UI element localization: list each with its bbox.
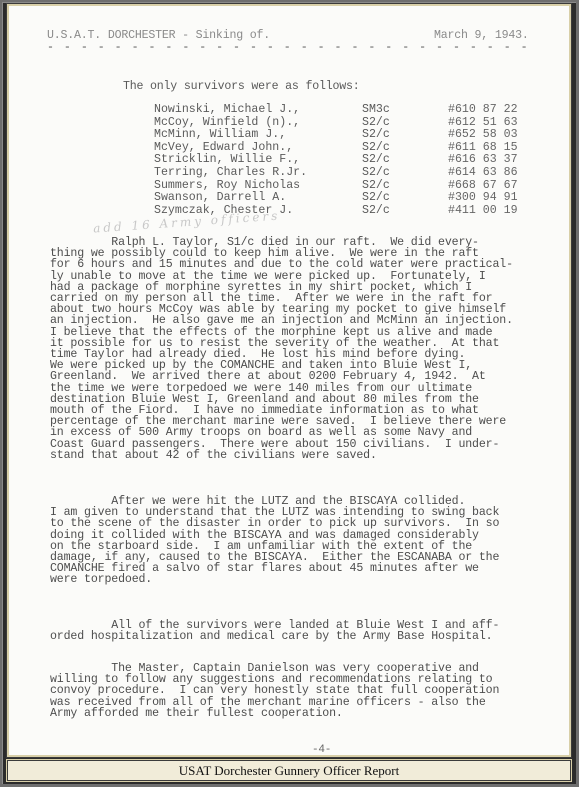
survivor-name: Stricklin, Willie F., <box>154 153 300 166</box>
survivor-name: McMinn, William J., <box>154 128 286 141</box>
header-dashed-rule: - - - - - - - - - - - - - - - - - - - - … <box>47 42 529 53</box>
survivor-rate: SM3c <box>362 104 448 117</box>
document-page: U.S.A.T. DORCHESTER - Sinking of. March … <box>7 4 571 757</box>
document-header-date: March 9, 1943. <box>434 30 529 41</box>
image-caption: USAT Dorchester Gunnery Officer Report <box>7 760 571 781</box>
survivors-intro: The only survivors were as follows: <box>123 81 360 92</box>
survivor-name: McCoy, Winfield (n)., <box>154 116 300 129</box>
survivor-service-number: #652 58 03 <box>448 129 518 142</box>
survivor-name: Swanson, Darrell A. <box>154 191 286 204</box>
paragraph-taylor: Ralph L. Taylor, S1/c died in our raft. … <box>50 237 513 461</box>
survivor-service-number: #610 87 22 <box>448 104 518 117</box>
survivor-service-number: #614 63 86 <box>448 167 518 180</box>
survivor-name: Nowinski, Michael J., <box>154 103 300 116</box>
paragraph-landing: All of the survivors were landed at Blui… <box>50 620 499 642</box>
survivor-rate: S2/c <box>362 205 448 218</box>
survivor-rate: S2/c <box>362 129 448 142</box>
survivor-name: McVey, Edward John., <box>154 141 293 154</box>
survivor-name: Terring, Charles R.Jr. <box>154 166 307 179</box>
paragraph-collision: After we were hit the LUTZ and the BISCA… <box>50 496 499 586</box>
survivor-roster: Nowinski, Michael J.,SM3c#610 87 22McCoy… <box>154 104 518 217</box>
survivor-service-number: #300 94 91 <box>448 192 518 205</box>
survivor-name: Summers, Roy Nicholas <box>154 179 300 192</box>
survivor-rate: S2/c <box>362 167 448 180</box>
survivor-rate: S2/c <box>362 192 448 205</box>
document-header-title: U.S.A.T. DORCHESTER - Sinking of. <box>47 30 270 41</box>
survivor-service-number: #411 00 19 <box>448 205 518 218</box>
page-number: -4- <box>312 745 331 756</box>
paragraph-master: The Master, Captain Danielson was very c… <box>50 663 499 719</box>
